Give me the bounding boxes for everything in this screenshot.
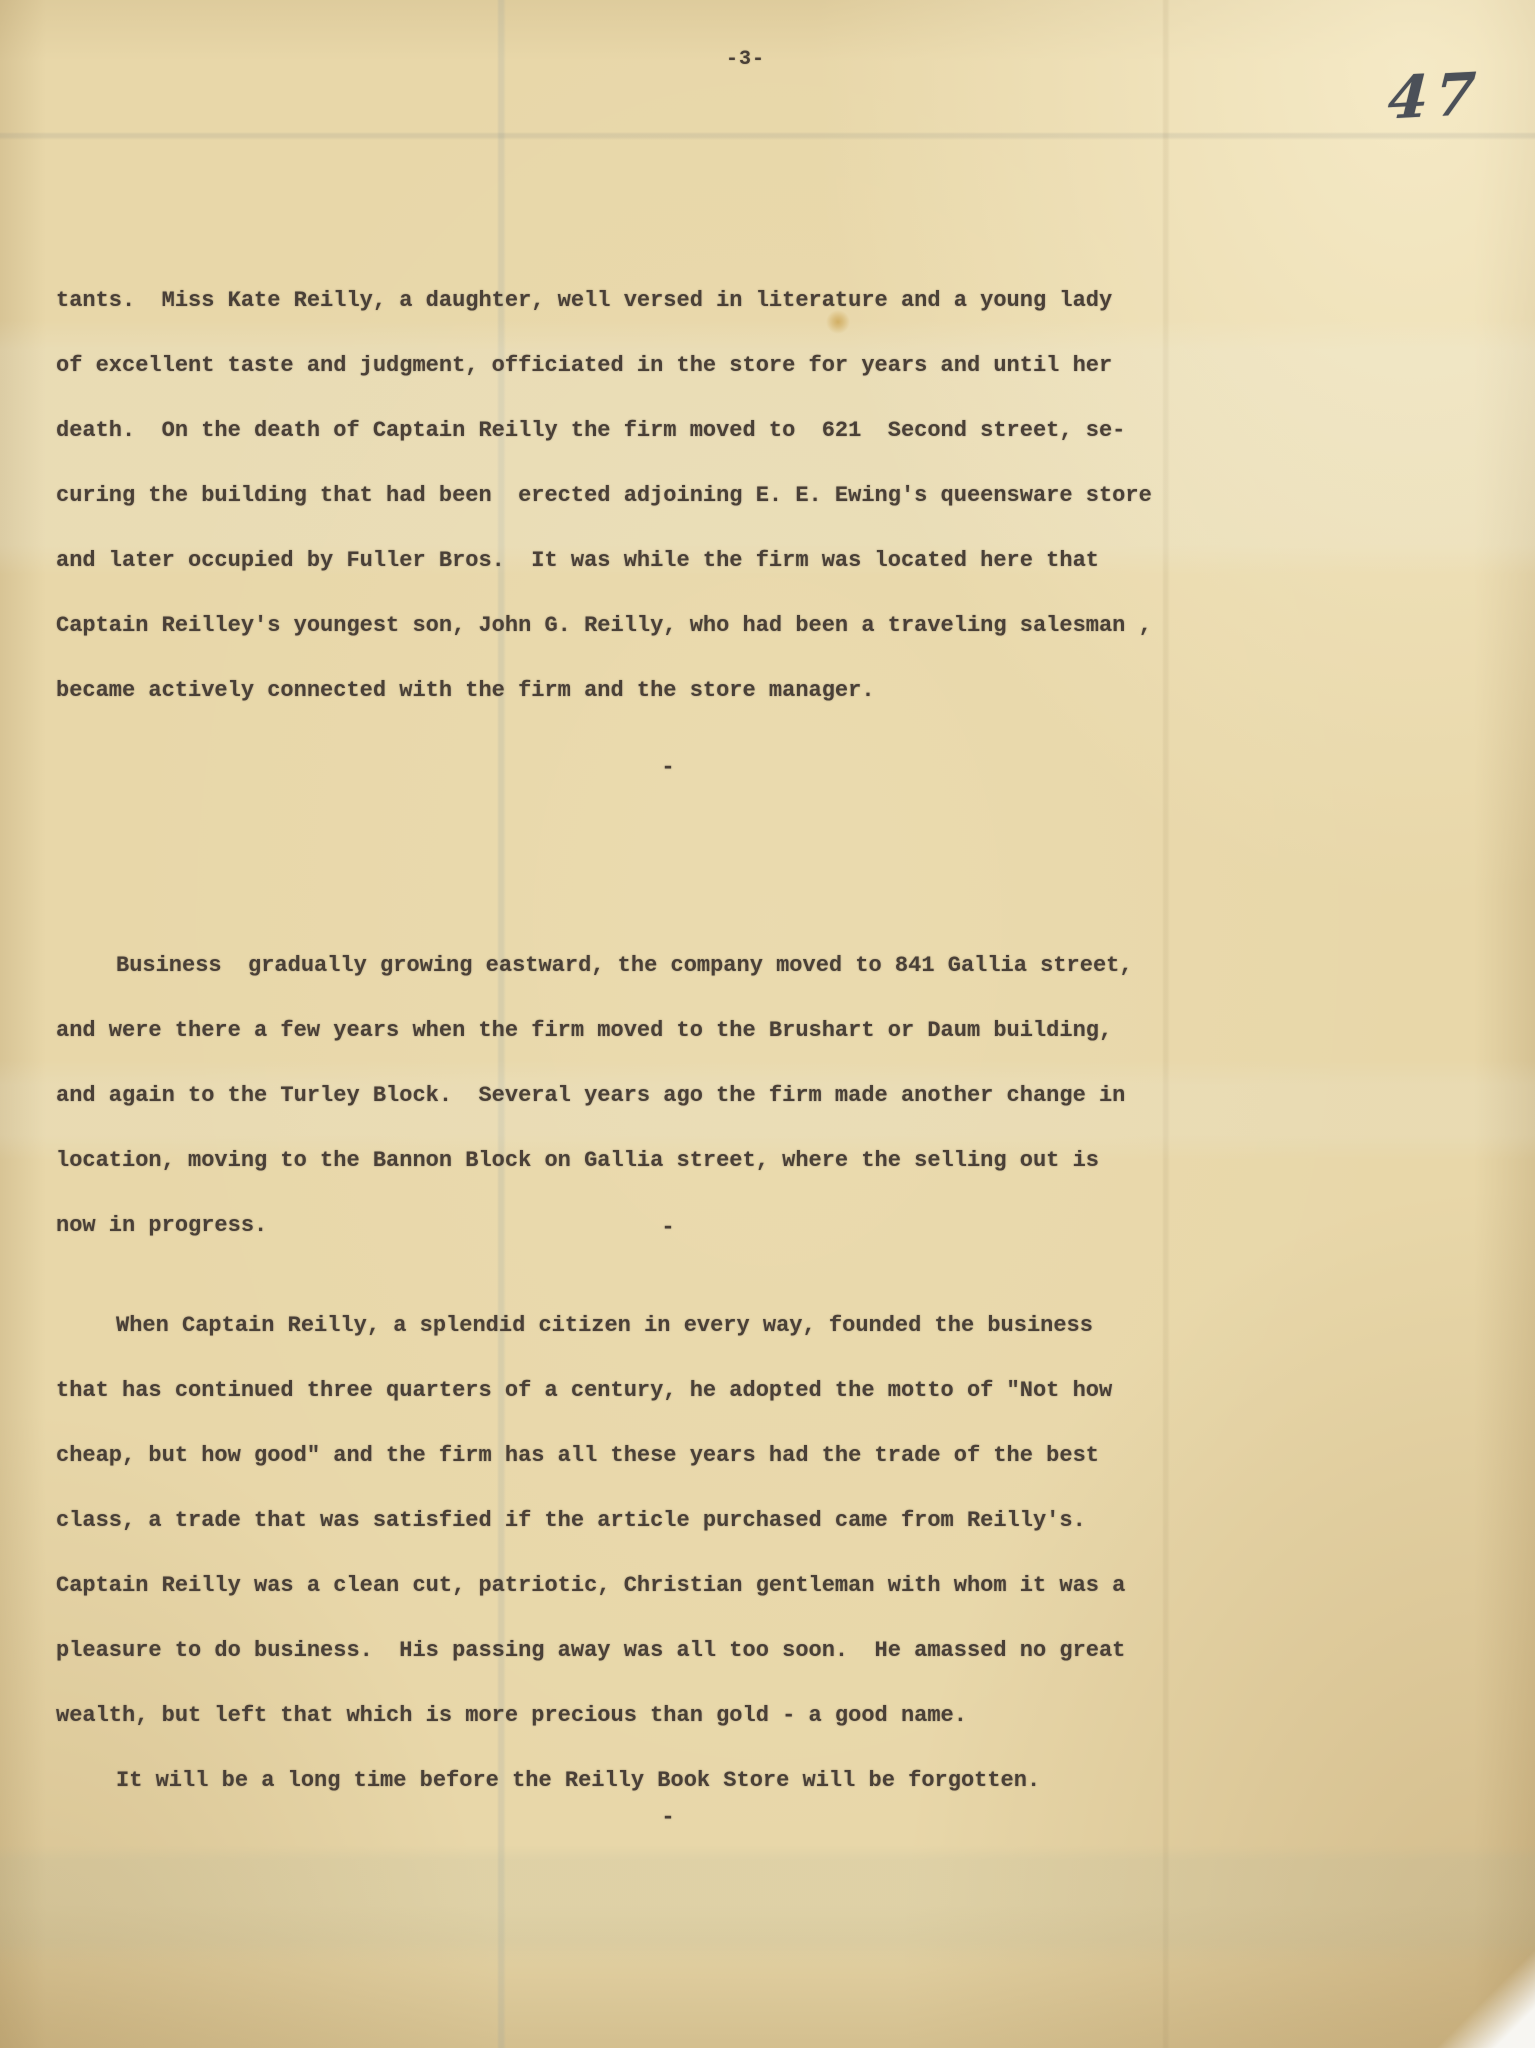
text-line: curing the building that had been erecte…: [56, 463, 1480, 528]
text-line: Captain Reilly was a clean cut, patrioti…: [56, 1553, 1480, 1618]
text-line: became actively connected with the firm …: [56, 658, 1480, 723]
text-line: death. On the death of Captain Reilly th…: [56, 398, 1480, 463]
text-line: that has continued three quarters of a c…: [56, 1358, 1480, 1423]
text-line: When Captain Reilly, a splendid citizen …: [56, 1293, 1480, 1358]
text-line: tants. Miss Kate Reilly, a daughter, wel…: [56, 268, 1480, 333]
text-line: Business gradually growing eastward, the…: [56, 933, 1480, 998]
handwritten-folio-number: 47: [1386, 59, 1484, 132]
paragraph: tants. Miss Kate Reilly, a daughter, wel…: [56, 268, 1480, 723]
text-line: Captain Reilley's youngest son, John G. …: [56, 593, 1480, 658]
text-line: and were there a few years when the firm…: [56, 998, 1480, 1063]
text-line: cheap, but how good" and the firm has al…: [56, 1423, 1480, 1488]
paragraph: When Captain Reilly, a splendid citizen …: [56, 1293, 1480, 1748]
text-line: of excellent taste and judgment, officia…: [56, 333, 1480, 398]
text-line: pleasure to do business. His passing awa…: [56, 1618, 1480, 1683]
typewritten-text-body: tants. Miss Kate Reilly, a daughter, wel…: [56, 268, 1480, 1838]
document-page: -3- 47 tants. Miss Kate Reilly, a daught…: [0, 0, 1535, 2048]
text-line: and again to the Turley Block. Several y…: [56, 1063, 1480, 1128]
paragraph-separator-dash: -: [56, 748, 1480, 788]
page-number: -3-: [0, 48, 1513, 71]
text-line: location, moving to the Bannon Block on …: [56, 1128, 1480, 1193]
text-line: class, a trade that was satisfied if the…: [56, 1488, 1480, 1553]
text-line: wealth, but left that which is more prec…: [56, 1683, 1480, 1748]
paragraph-separator-dash: -: [56, 1208, 1480, 1248]
text-line: and later occupied by Fuller Bros. It wa…: [56, 528, 1480, 593]
